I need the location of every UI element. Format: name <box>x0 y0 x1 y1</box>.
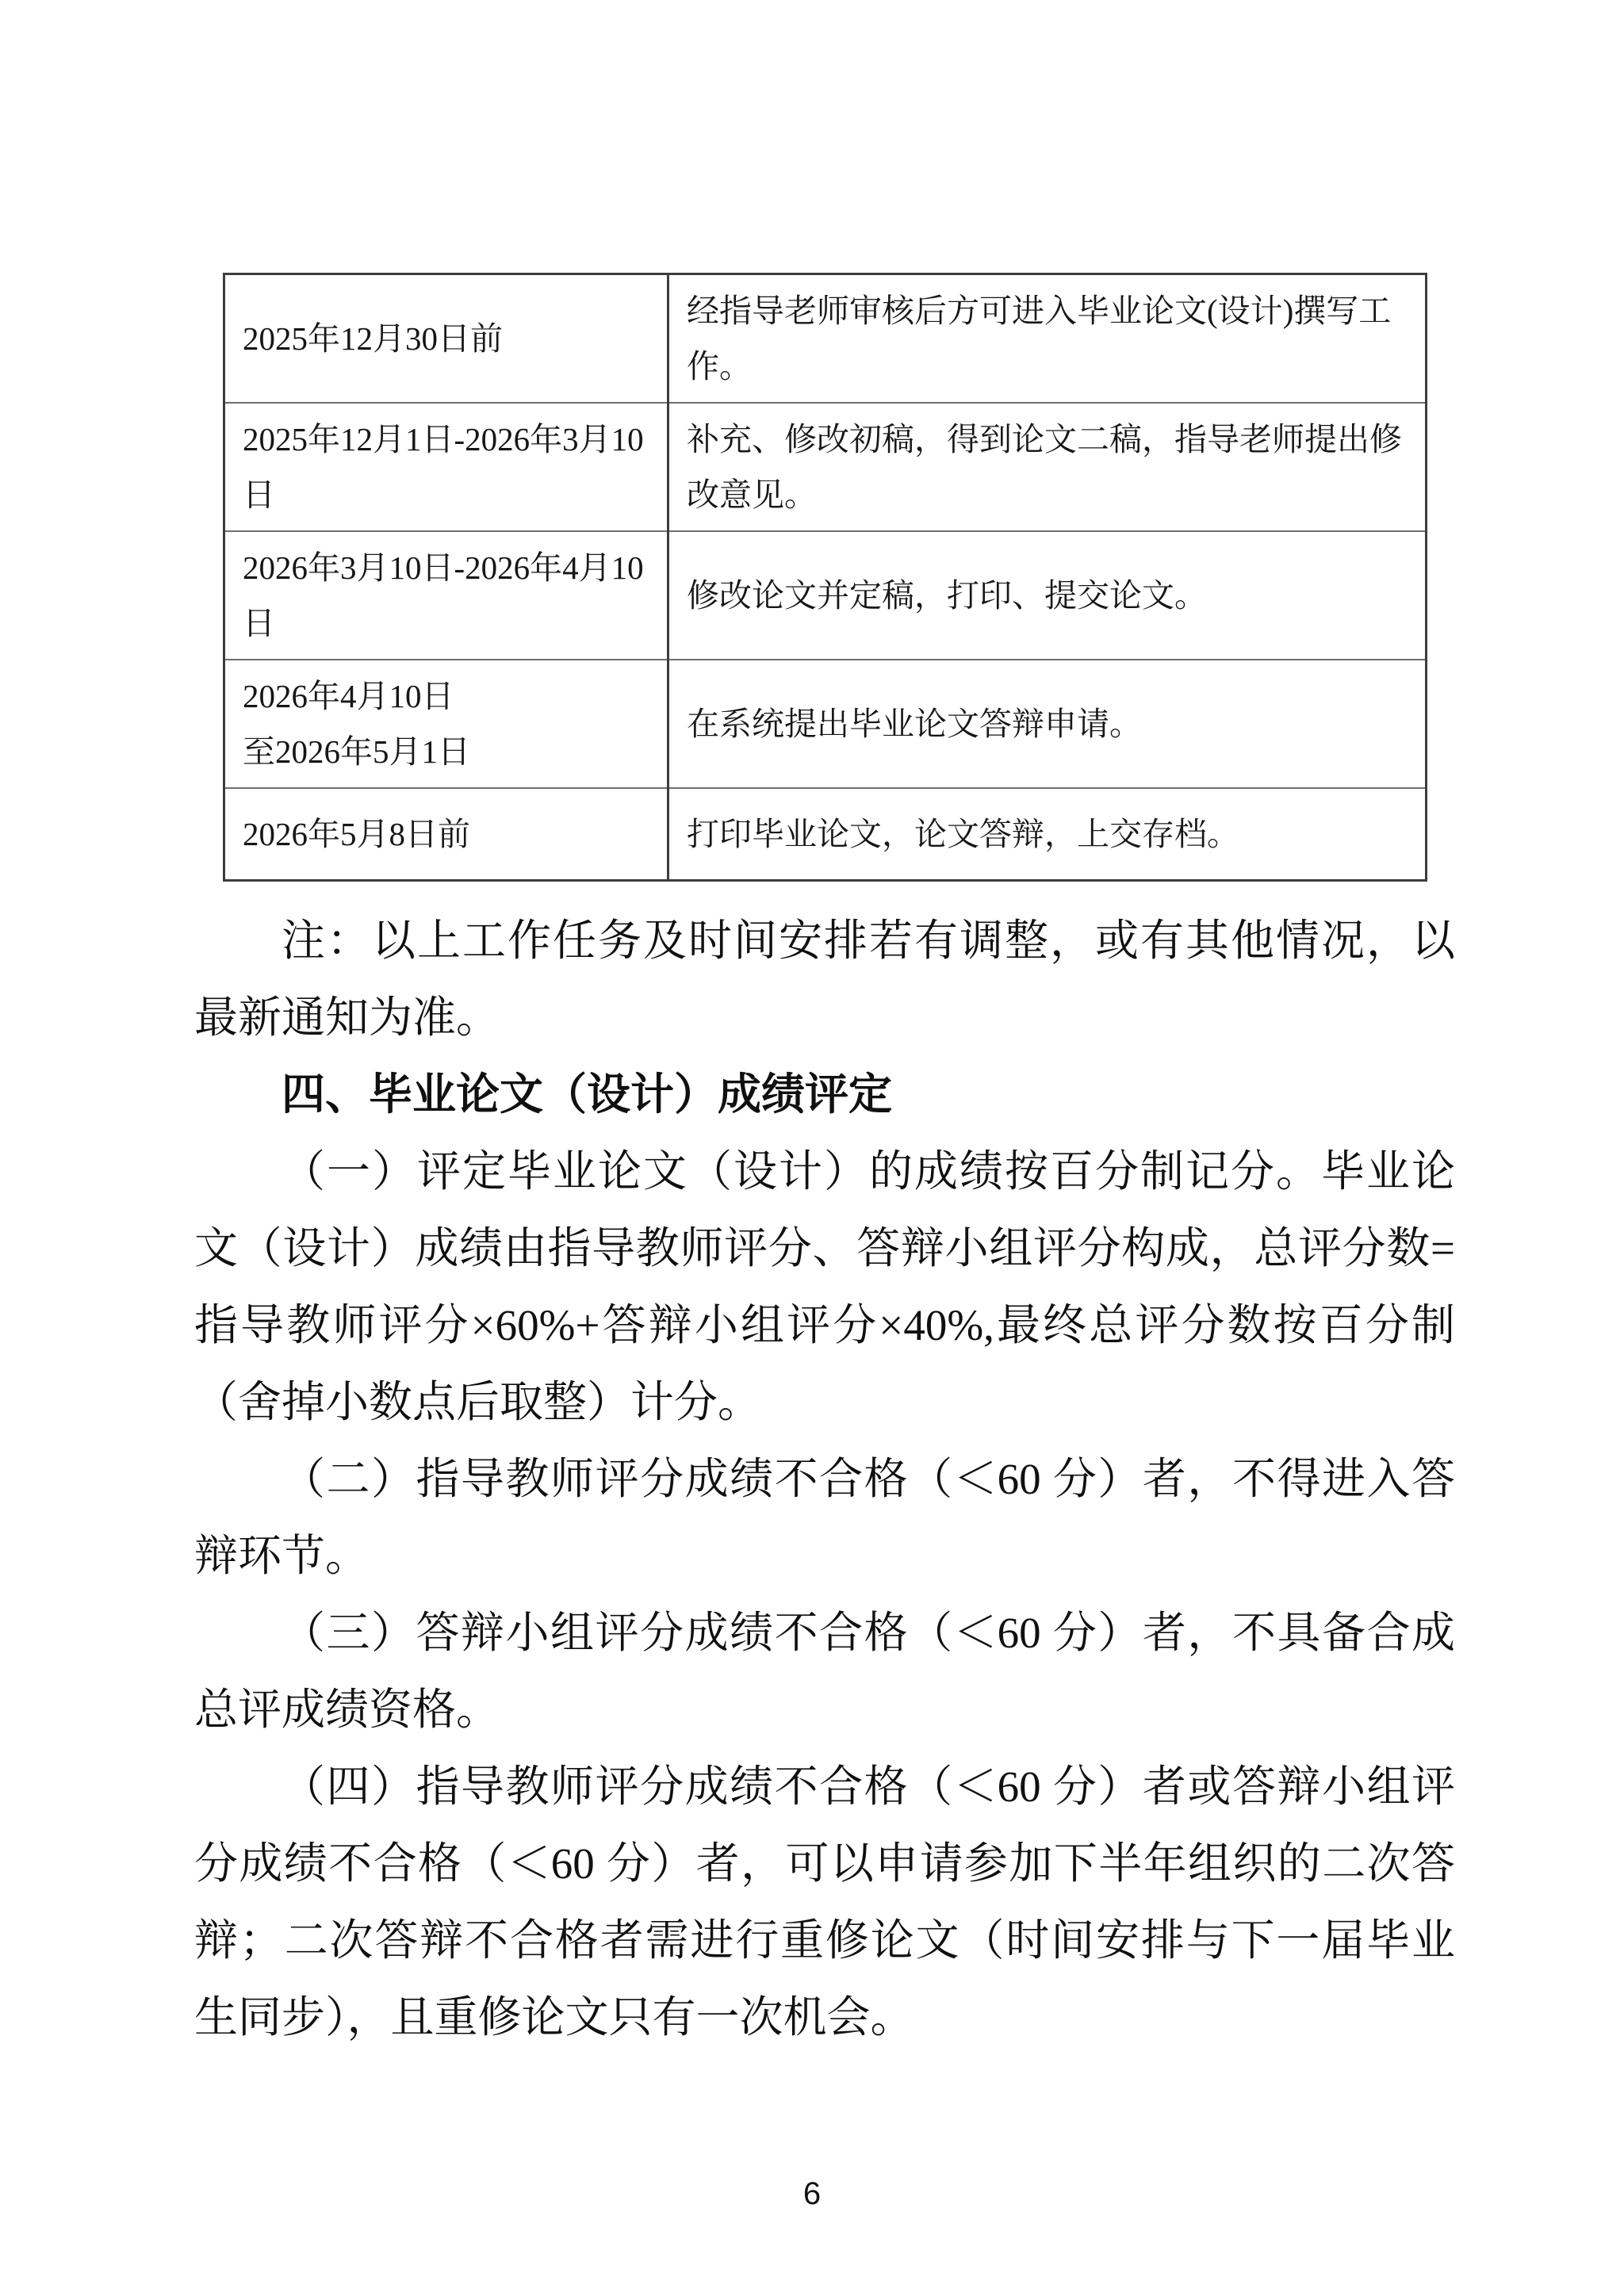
date-line: 2026年5月8日前 <box>243 806 657 862</box>
schedule-table-body: 2025年12月30日前经指导老师审核后方可进入毕业论文(设计)撰写工作。202… <box>224 274 1427 881</box>
table-row: 2025年12月1日-2026年3月10日补充、修改初稿，得到论文二稿，指导老师… <box>224 403 1427 531</box>
date-cell: 2026年3月10日-2026年4月10日 <box>224 531 668 660</box>
table-row: 2025年12月30日前经指导老师审核后方可进入毕业论文(设计)撰写工作。 <box>224 274 1427 404</box>
date-cell: 2025年12月1日-2026年3月10日 <box>224 403 668 531</box>
task-cell: 打印毕业论文，论文答辩，上交存档。 <box>668 788 1427 881</box>
paragraph: （四）指导教师评分成绩不合格（＜60 分）者或答辩小组评分成绩不合格（＜60 分… <box>194 1748 1455 2056</box>
date-line: 2026年4月10日 <box>243 668 657 724</box>
note-paragraph: 注：以上工作任务及时间安排若有调整，或有其他情况，以最新通知为准。 <box>194 902 1455 1056</box>
paragraph: （二）指导教师评分成绩不合格（＜60 分）者，不得进入答辩环节。 <box>194 1441 1455 1594</box>
table-row: 2026年3月10日-2026年4月10日修改论文并定稿，打印、提交论文。 <box>224 531 1427 660</box>
paragraph: （一）评定毕业论文（设计）的成绩按百分制记分。毕业论文（设计）成绩由指导教师评分… <box>194 1133 1455 1441</box>
task-cell: 在系统提出毕业论文答辩申请。 <box>668 660 1427 788</box>
date-line: 2025年12月1日-2026年3月10日 <box>243 411 657 522</box>
table-row: 2026年4月10日至2026年5月1日在系统提出毕业论文答辩申请。 <box>224 660 1427 788</box>
date-cell: 2026年5月8日前 <box>224 788 668 881</box>
task-cell: 经指导老师审核后方可进入毕业论文(设计)撰写工作。 <box>668 274 1427 404</box>
table-row: 2026年5月8日前打印毕业论文，论文答辩，上交存档。 <box>224 788 1427 881</box>
section-heading: 四、毕业论文（设计）成绩评定 <box>194 1056 1455 1133</box>
schedule-table: 2025年12月30日前经指导老师审核后方可进入毕业论文(设计)撰写工作。202… <box>223 273 1427 882</box>
section-paragraphs: （一）评定毕业论文（设计）的成绩按百分制记分。毕业论文（设计）成绩由指导教师评分… <box>194 1133 1455 2056</box>
date-cell: 2026年4月10日至2026年5月1日 <box>224 660 668 788</box>
document-page: 2025年12月30日前经指导老师审核后方可进入毕业论文(设计)撰写工作。202… <box>0 0 1624 2296</box>
paragraph: （三）答辩小组评分成绩不合格（＜60 分）者，不具备合成总评成绩资格。 <box>194 1594 1455 1748</box>
date-line: 2026年3月10日-2026年4月10日 <box>243 540 657 651</box>
page-content: 2025年12月30日前经指导老师审核后方可进入毕业论文(设计)撰写工作。202… <box>194 273 1455 2056</box>
date-cell: 2025年12月30日前 <box>224 274 668 404</box>
date-line: 至2026年5月1日 <box>243 724 657 779</box>
page-number: 6 <box>0 2176 1624 2212</box>
date-line: 2025年12月30日前 <box>243 311 657 366</box>
body-text-block: 注：以上工作任务及时间安排若有调整，或有其他情况，以最新通知为准。 四、毕业论文… <box>194 902 1455 2056</box>
task-cell: 修改论文并定稿，打印、提交论文。 <box>668 531 1427 660</box>
task-cell: 补充、修改初稿，得到论文二稿，指导老师提出修改意见。 <box>668 403 1427 531</box>
